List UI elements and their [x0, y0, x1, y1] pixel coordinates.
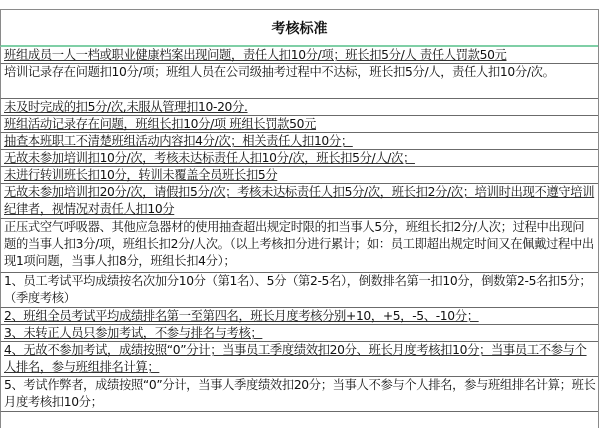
header-title: 考核标准	[272, 18, 328, 38]
row-text: 4、无故不参加考试，成绩按照“0”分计；当事员工季度绩效扣20分、班长月度考核扣…	[4, 343, 587, 374]
row-text: 未及时完成的扣5分/次,未服从管理扣10-20分.	[4, 100, 248, 114]
row-text: 班组成员一人一档或职业健康档案出现问题，责任人扣10分/项；班长扣5分/人 责任…	[4, 48, 507, 62]
row-text: 无故未参加培训扣20分/次，请假扣5分/次；考核未达标责任人扣5分/次，班长扣2…	[4, 185, 594, 216]
table-row: 正压式空气呼吸器、其他应急器材的使用抽查超出规定时限的扣当事人5分，班组长扣2分…	[0, 219, 598, 273]
table-header: 考核标准	[0, 10, 598, 47]
table-row: 3、未转正人员只参加考试，不参与排名与考核；	[0, 325, 598, 342]
table-row: 无故未参加培训扣20分/次，请假扣5分/次；考核未达标责任人扣5分/次，班长扣2…	[0, 184, 598, 219]
table-row: 抽查本班职工不清楚班组活动内容扣4分/次；相关责任人扣10分；	[0, 133, 598, 150]
table-row: 班组成员一人一档或职业健康档案出现问题，责任人扣10分/项；班长扣5分/人 责任…	[0, 47, 598, 64]
table-row: 1、员工考试平均成绩按名次加分10分（第1名）、5分（第2-5名），倒数排名第一…	[0, 273, 598, 308]
table-row: 4、无故不参加考试，成绩按照“0”分计；当事员工季度绩效扣20分、班长月度考核扣…	[0, 342, 598, 377]
row-text: 班组活动记录存在问题，班组长扣10分/项 班组长罚款50元	[4, 117, 316, 131]
assessment-standards-table: 考核标准 班组成员一人一档或职业健康档案出现问题，责任人扣10分/项；班长扣5分…	[0, 9, 599, 428]
row-text: 5、考试作弊者，成绩按照“0”分计，当事人季度绩效扣20分；当事人不参与个人排名…	[4, 378, 596, 409]
table-row-empty	[0, 412, 598, 428]
table-row: 2、班组全员考试平均成绩排名第一至第四名，班长月度考核分别+10，+5，-5、-…	[0, 308, 598, 325]
table-row: 无故未参加培训扣10分/次，考核未达标责任人扣10分/次，班长扣5分/人/次；	[0, 150, 598, 167]
table-row: 5、考试作弊者，成绩按照“0”分计，当事人季度绩效扣20分；当事人不参与个人排名…	[0, 377, 598, 412]
row-text: 无故未参加培训扣10分/次，考核未达标责任人扣10分/次，班长扣5分/人/次；	[4, 151, 415, 165]
row-text: 2、班组全员考试平均成绩排名第一至第四名，班长月度考核分别+10，+5，-5、-…	[4, 309, 479, 323]
table-row: 未进行转训班长扣10分，转训未覆盖全员班长扣5分	[0, 167, 598, 184]
table-row: 未及时完成的扣5分/次,未服从管理扣10-20分.	[0, 99, 598, 116]
row-text: 3、未转正人员只参加考试，不参与排名与考核；	[4, 326, 262, 340]
row-text: 抽查本班职工不清楚班组活动内容扣4分/次；相关责任人扣10分；	[4, 134, 353, 148]
row-text: 正压式空气呼吸器、其他应急器材的使用抽查超出规定时限的扣当事人5分，班组长扣2分…	[4, 220, 594, 268]
row-text: 未进行转训班长扣10分，转训未覆盖全员班长扣5分	[4, 168, 277, 182]
row-text: 1、员工考试平均成绩按名次加分10分（第1名）、5分（第2-5名），倒数排名第一…	[4, 274, 591, 305]
row-text: 培训记录存在问题扣10分/项；班组人员在公司级抽考过程中不达标，班长扣5分/人，…	[4, 65, 555, 79]
table-row: 培训记录存在问题扣10分/项；班组人员在公司级抽考过程中不达标，班长扣5分/人，…	[0, 64, 598, 99]
table-row: 班组活动记录存在问题，班组长扣10分/项 班组长罚款50元	[0, 116, 598, 133]
